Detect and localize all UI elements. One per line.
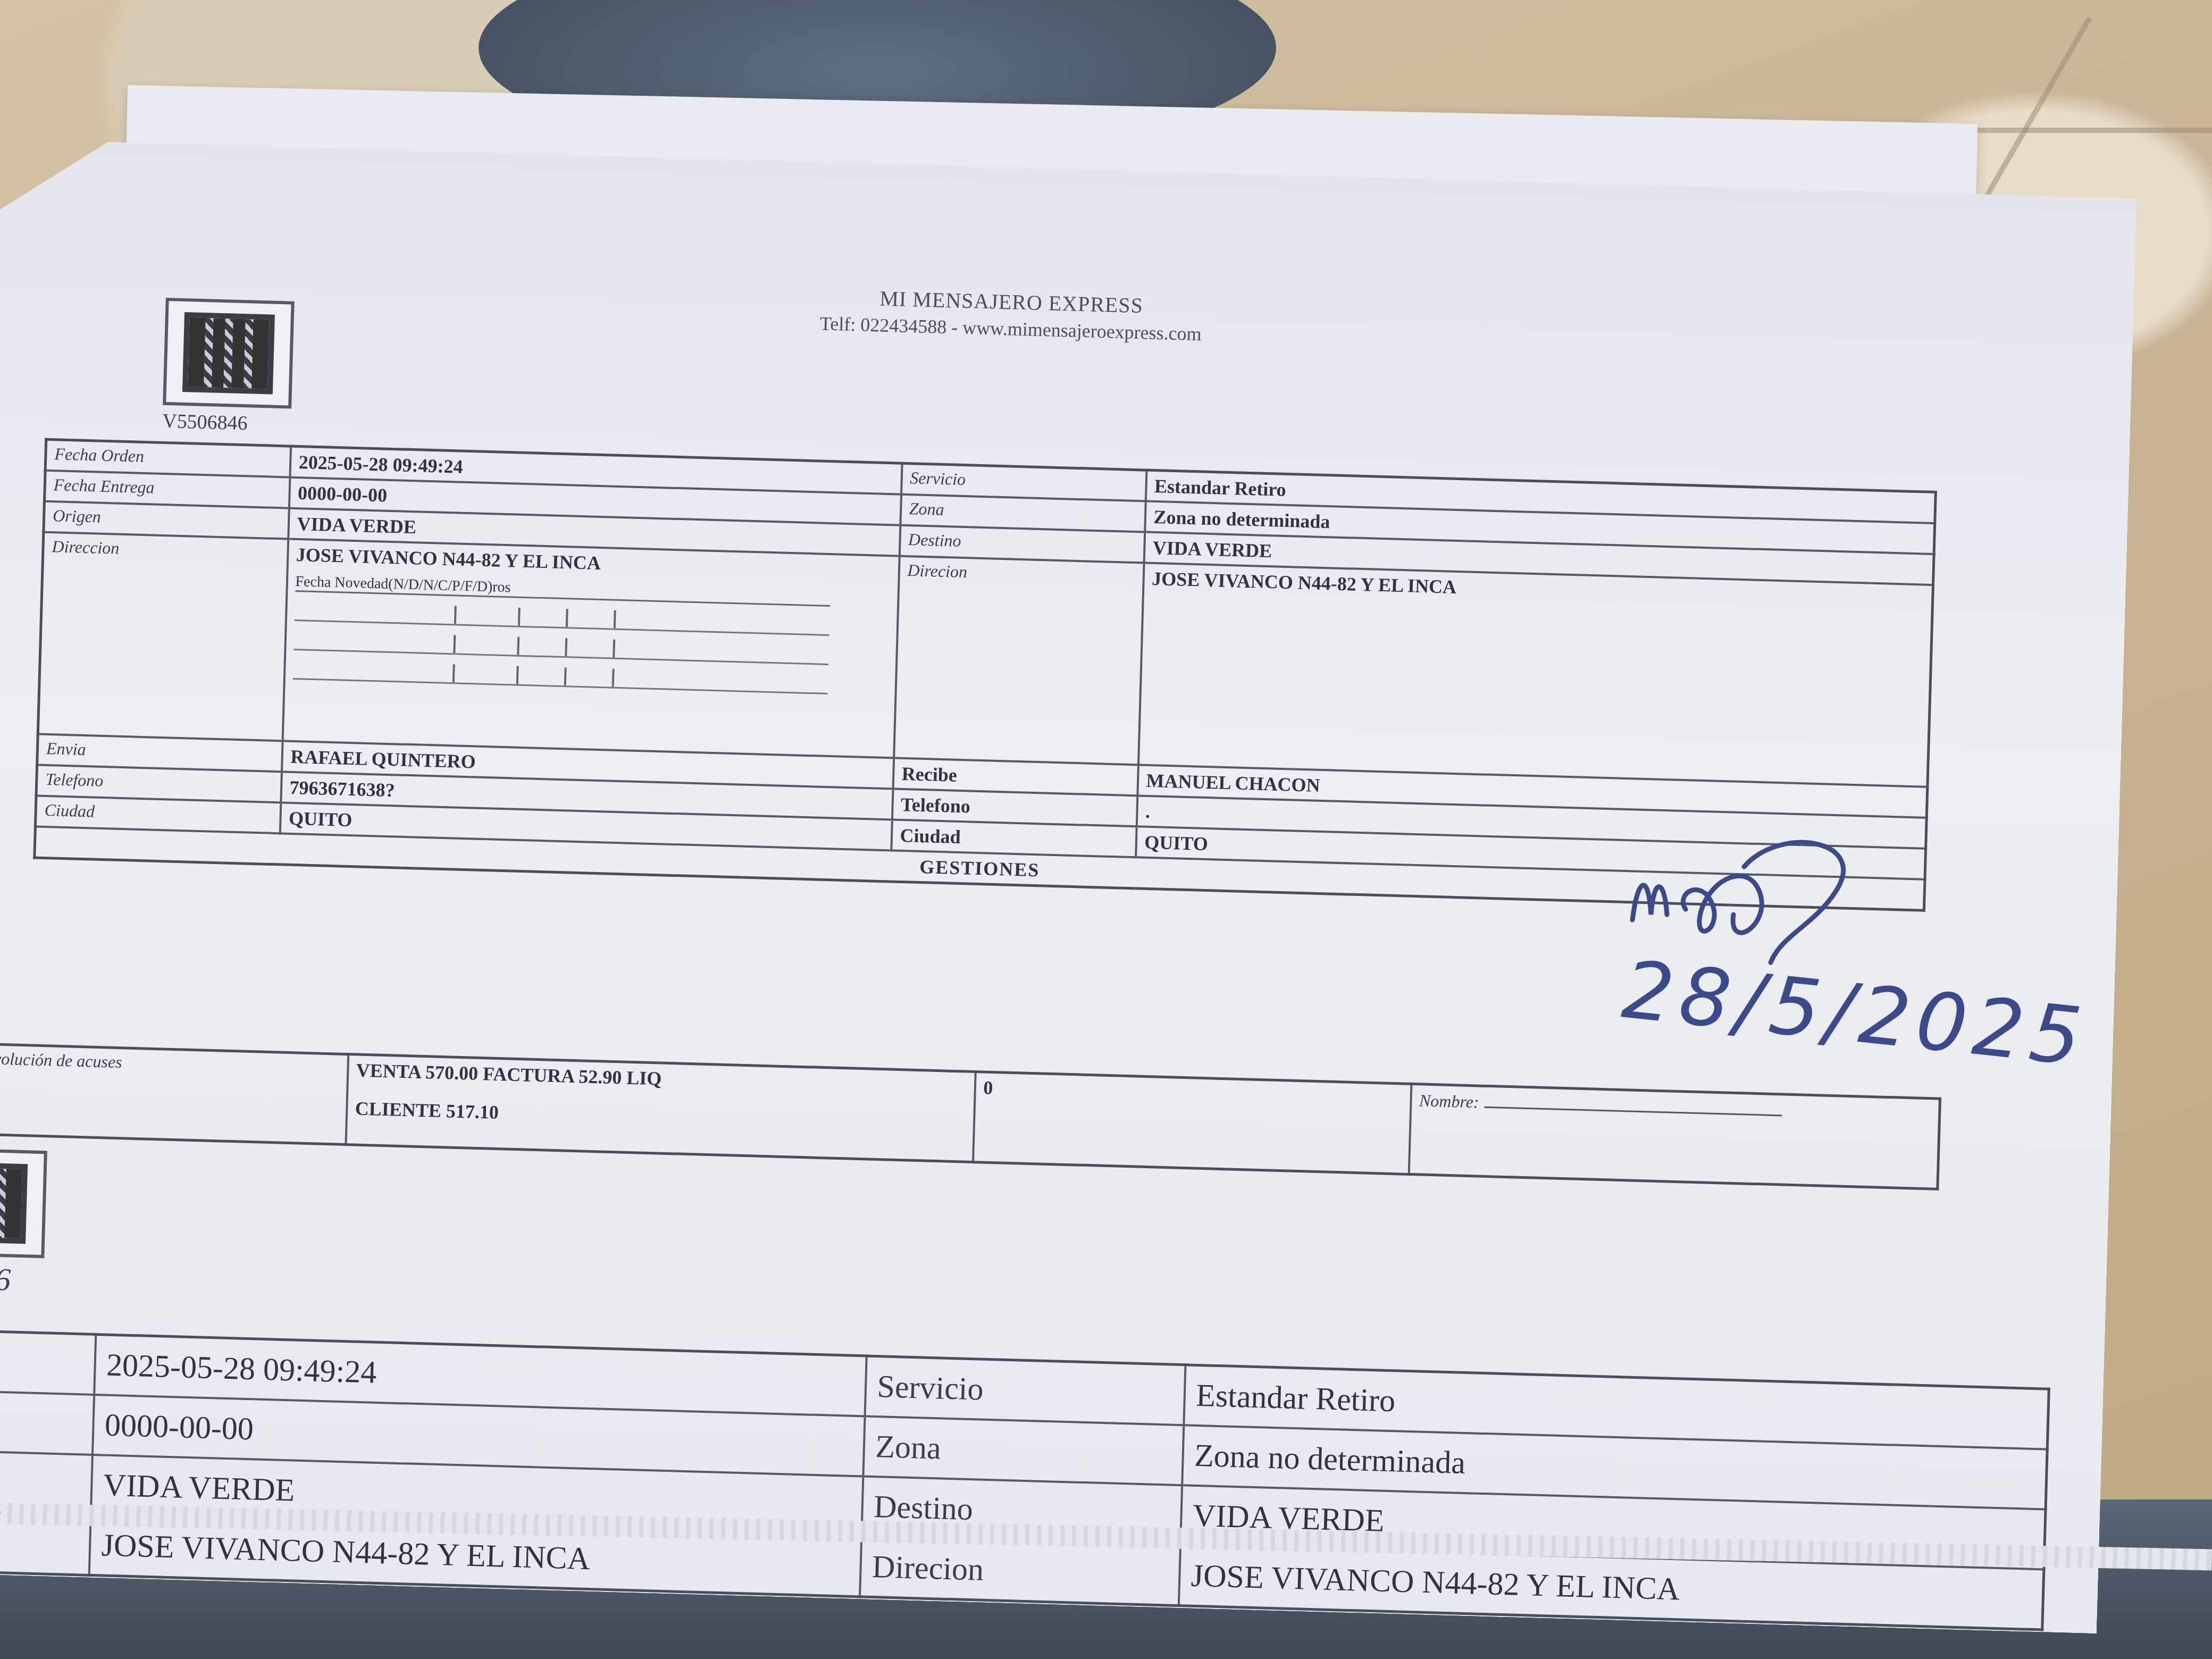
signature-line xyxy=(1484,1107,1782,1117)
qr-code-lower xyxy=(0,1147,47,1259)
tile-grout-line xyxy=(1967,128,2212,133)
devolucion-acuses-label: Devolución de acuses xyxy=(0,1043,348,1144)
gestiones-line-venta: VENTA 570.00 FACTURA 52.90 LIQ xyxy=(356,1059,967,1099)
lower-fecha-entrega-label: ega xyxy=(0,1390,94,1455)
gestiones-count: 0 xyxy=(973,1072,1411,1175)
direccion-cell: JOSE VIVANCO N44-82 Y EL INCA Fecha Nove… xyxy=(282,539,899,758)
gestiones-line-cliente: CLIENTE 517.10 xyxy=(355,1097,966,1136)
tracking-id-partial: 6846 xyxy=(0,1260,11,1298)
qr-code-icon xyxy=(182,312,275,395)
form-header: MI MENSAJERO EXPRESS Telf: 022434588 - w… xyxy=(665,280,1357,349)
gestiones-detail: VENTA 570.00 FACTURA 52.90 LIQ CLIENTE 5… xyxy=(346,1054,975,1162)
nombre-label: Nombre: xyxy=(1419,1091,1480,1111)
direccion-destino-label: Direcion xyxy=(894,556,1144,765)
lower-fecha-orden-label: den xyxy=(0,1330,96,1395)
tracking-id: V5506846 xyxy=(162,409,248,435)
direccion-destino-value: JOSE VIVANCO N44-82 Y EL INCA xyxy=(1138,563,1933,786)
gestiones-table: Devolución de acuses VENTA 570.00 FACTUR… xyxy=(0,1042,1941,1191)
direccion-label: Direccion xyxy=(38,532,288,741)
nombre-signature-cell: Nombre: xyxy=(1409,1084,1940,1189)
lower-zona-label: Zona xyxy=(863,1416,1184,1485)
lower-servicio-label: Servicio xyxy=(865,1356,1185,1425)
qr-code-top xyxy=(163,298,295,409)
qr-code-icon xyxy=(0,1162,28,1244)
